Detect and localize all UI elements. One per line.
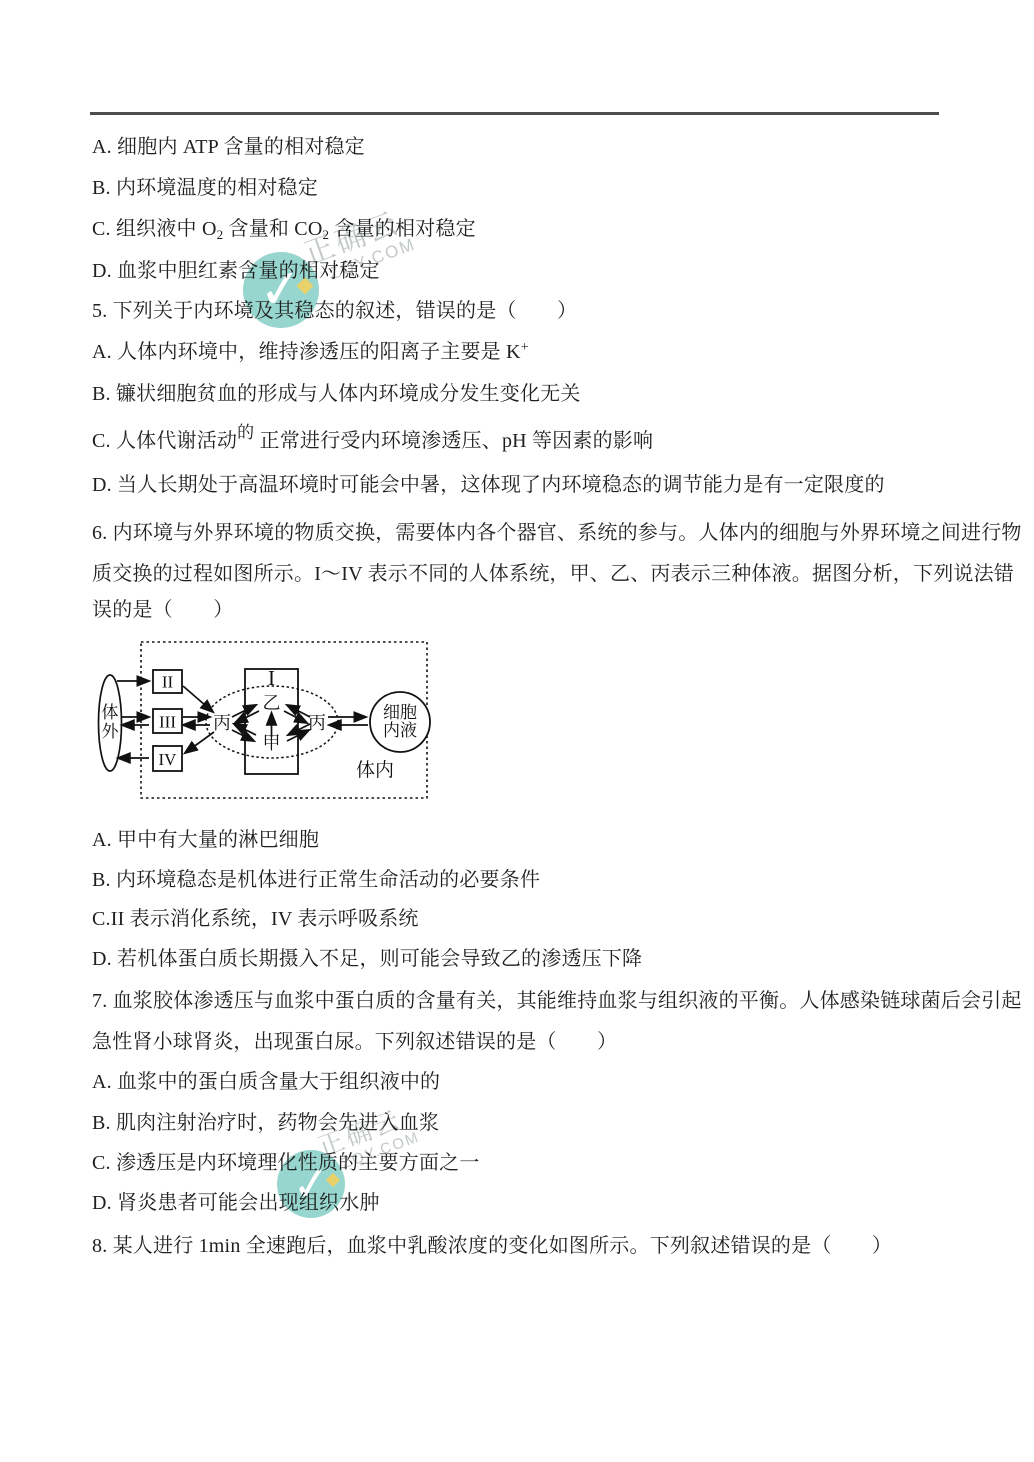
q4-option-c: C. 组织液中 O2 含量和 CO2 含量的相对稳定 [92, 216, 476, 244]
q4-option-d: D. 血浆中胆红素含量的相对稳定 [92, 258, 380, 284]
q6-stem-line2: 质交换的过程如图所示。I～IV 表示不同的人体系统，甲、乙、丙表示三种体液。据图… [92, 561, 1014, 587]
q7-stem-line1: 7. 血浆胶体渗透压与血浆中蛋白质的含量有关，其能维持血浆与组织液的平衡。人体感… [92, 988, 1022, 1014]
q7-option-d: D. 肾炎患者可能会出现组织水肿 [92, 1190, 380, 1216]
outside-label-char2: 外 [102, 722, 120, 741]
q7-stem-line2: 急性肾小球肾炎，出现蛋白尿。下列叙述错误的是（ ） [92, 1029, 617, 1055]
q6-option-d: D. 若机体蛋白质长期摄入不足，则可能会导致乙的渗透压下降 [92, 946, 642, 972]
fluid-yi-label: 乙 [263, 693, 281, 713]
q5-option-d: D. 当人长期处于高温环境时可能会中暑，这体现了内环境稳态的调节能力是有一定限度… [92, 472, 885, 498]
q6-diagram: 体 外 II III IV I 乙 甲 丙 丙 细胞 内液 体内 [88, 633, 438, 805]
q5-option-a: A. 人体内环境中，维持渗透压的阳离子主要是 K+ [92, 339, 529, 368]
intracellular-fluid-line2: 内液 [383, 721, 417, 740]
outside-label-char1: 体 [102, 703, 119, 722]
q6-stem-line1: 6. 内环境与外界环境的物质交换，需要体内各个器官、系统的参与。人体内的细胞与外… [92, 520, 1022, 546]
q5-option-b: B. 镰状细胞贫血的形成与人体内环境成分发生变化无关 [92, 381, 581, 407]
page-top-rule [90, 112, 939, 115]
q6-option-a: A. 甲中有大量的淋巴细胞 [92, 827, 319, 853]
q4-option-b: B. 内环境温度的相对稳定 [92, 175, 318, 201]
q6-option-b: B. 内环境稳态是机体进行正常生命活动的必要条件 [92, 867, 540, 893]
q6-option-c: C.II 表示消化系统，IV 表示呼吸系统 [92, 906, 419, 932]
q8-stem: 8. 某人进行 1min 全速跑后，血浆中乳酸浓度的变化如图所示。下列叙述错误的… [92, 1233, 892, 1259]
q6-stem-line3: 误的是（ ） [92, 597, 233, 623]
q5-option-c: C. 人体代谢活动的 正常进行受内环境渗透压、pH 等因素的影响 [92, 428, 653, 455]
q7-option-a: A. 血浆中的蛋白质含量大于组织液中的 [92, 1069, 440, 1095]
system-box-iv-label: IV [159, 750, 178, 769]
fluid-bing-right-label: 丙 [308, 713, 326, 733]
system-box-iii-label: III [159, 713, 176, 732]
q4-option-a: A. 细胞内 ATP 含量的相对稳定 [92, 134, 365, 160]
intracellular-fluid-line1: 细胞 [383, 703, 417, 722]
q7-option-b: B. 肌肉注射治疗时，药物会先进入血浆 [92, 1110, 439, 1136]
inside-body-label: 体内 [356, 759, 394, 781]
q7-option-c: C. 渗透压是内环境理化性质的主要方面之一 [92, 1150, 480, 1176]
system-box-ii-label: II [162, 673, 174, 692]
q5-stem: 5. 下列关于内环境及其稳态的叙述，错误的是（ ） [92, 298, 577, 324]
fluid-bing-left-label: 丙 [213, 713, 231, 733]
exam-page: ✓ 正确云 ZQY.COM ✓ 正确云 ZQY.COM A. 细胞内 ATP 含… [0, 0, 1034, 1462]
